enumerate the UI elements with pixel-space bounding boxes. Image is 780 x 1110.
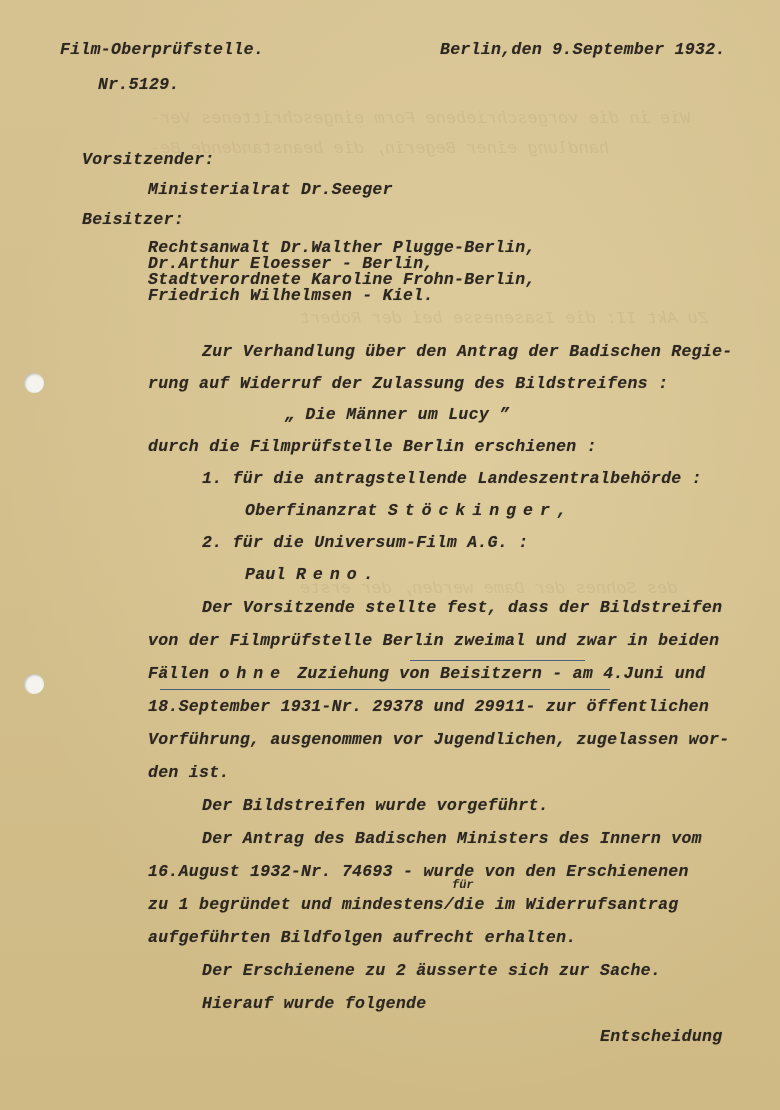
paragraph-line: aufgeführten Bildfolgen aufrecht erhalte… — [148, 928, 576, 947]
party-2-surname: Reno. — [296, 565, 381, 584]
paragraph-line: Der Erschienene zu 2 äusserte sich zur S… — [202, 961, 661, 980]
chair-name: Ministerialrat Dr.Seeger — [148, 180, 393, 199]
emphasized-word: ohne — [219, 664, 287, 683]
bleed-through-text: handlung einer Begerin, die beanstandend… — [150, 140, 609, 159]
pencil-underline — [410, 660, 585, 661]
party-1-surname: Stöckinger, — [388, 501, 574, 520]
intro-line: durch die Filmprüfstelle Berlin erschien… — [148, 437, 597, 456]
document-page: Wie in die vorgeschriebene Form eingesch… — [0, 0, 780, 1110]
catchword: Entscheidung — [600, 1027, 722, 1046]
party-1-name: Oberfinanzrat Stöckinger, — [245, 501, 574, 520]
paragraph-line: Der Bildstreifen wurde vorgeführt. — [202, 796, 549, 815]
handwritten-insertion: für — [452, 878, 474, 892]
bleed-through-text: Zu Akt II: die Isasenesse bei der Robert — [300, 310, 708, 329]
document-number: Nr.5129. — [98, 75, 180, 94]
punch-hole — [24, 674, 44, 694]
film-title: „ Die Männer um Lucy ” — [285, 405, 509, 424]
paragraph-line: Der Vorsitzende stellte fest, dass der B… — [202, 598, 722, 617]
paragraph-line: Hierauf wurde folgende — [202, 994, 426, 1013]
members-label: Beisitzer: — [82, 210, 184, 229]
paragraph-line: Vorführung, ausgenommen vor Jugendlichen… — [148, 730, 730, 749]
party-1-title: Oberfinanzrat — [245, 501, 388, 520]
pencil-underline — [160, 689, 610, 690]
document-date: Berlin,den 9.September 1932. — [440, 40, 726, 59]
paragraph-line: 18.September 1931-Nr. 29378 und 29911- z… — [148, 697, 709, 716]
paragraph-line: den ist. — [148, 763, 230, 782]
bleed-through-text: Wie in die vorgeschriebene Form eingesch… — [150, 110, 691, 129]
party-2-name: Paul Reno. — [245, 565, 381, 584]
punch-hole — [24, 373, 44, 393]
paragraph-line: 16.August 1932-Nr. 74693 - wurde von den… — [148, 862, 689, 881]
paragraph-line: Fällen ohne Zuziehung von Beisitzern - a… — [148, 664, 705, 683]
party-2-role: 2. für die Universum-Film A.G. : — [202, 533, 528, 552]
party-2-firstname: Paul — [245, 565, 296, 584]
office-name: Film-Oberprüfstelle. — [60, 40, 264, 59]
chair-label: Vorsitzender: — [82, 150, 215, 169]
intro-line: Zur Verhandlung über den Antrag der Badi… — [202, 342, 732, 361]
paragraph-line: von der Filmprüfstelle Berlin zweimal un… — [148, 631, 719, 650]
member: Friedrich Wilhelmsen - Kiel. — [148, 286, 434, 305]
intro-line: rung auf Widerruf der Zulassung des Bild… — [148, 374, 668, 393]
party-1-role: 1. für die antragstellende Landeszentral… — [202, 469, 702, 488]
paragraph-line: Der Antrag des Badischen Ministers des I… — [202, 829, 702, 848]
paragraph-line: zu 1 begründet und mindestens/die im Wid… — [148, 895, 678, 914]
